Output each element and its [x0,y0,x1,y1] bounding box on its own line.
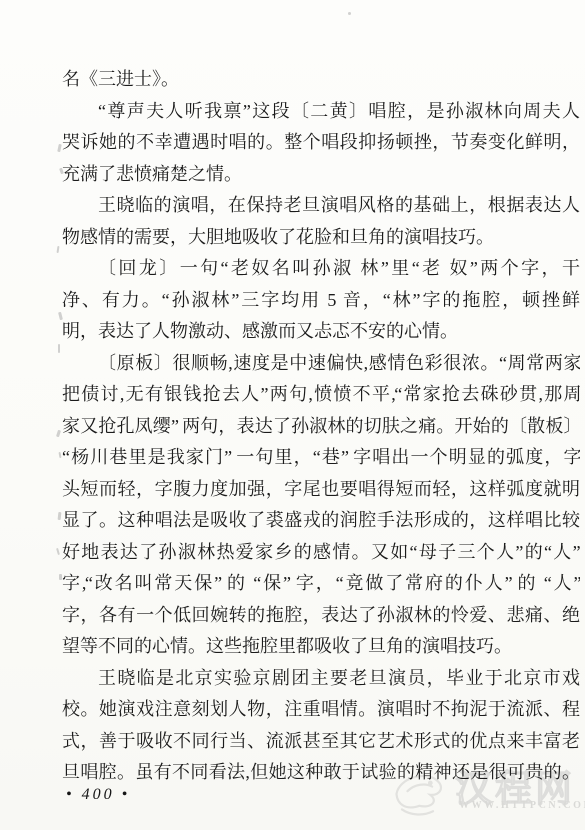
text-line: 式，善于吸收不同行当、流派甚至其它艺术形式的优点来丰富老 [62,726,580,758]
text-line: 显了。这种唱法是吸收了裘盛戎的润腔手法形成的，这样唱比较 [62,505,580,537]
body-text: 名《三进士》。 “尊声夫人听我禀”这段〔二黄〕唱腔，是孙淑林向周夫人 哭诉她的不… [62,64,580,789]
text-line: 物感情的需要，大胆地吸收了花脸和旦角的演唱技巧。 [62,222,580,254]
scan-artifact [56,430,61,438]
text-line: 名《三进士》。 [62,64,580,96]
scan-artifact [56,548,60,555]
text-line: 明，表达了人物激动、感激而又忐忑不安的心情。 [62,316,580,348]
scan-artifact [58,512,62,520]
text-line: 〔原板〕很顺畅,速度是中速偏快,感情色彩很浓。“周常两家 [62,348,580,380]
watermark-site-url: WWW.HTTPCN.COM [459,800,585,811]
text-line: 哭诉她的不幸遭遇时唱的。整个唱段抑扬顿挫，节奏变化鲜明， [62,127,580,159]
scanned-book-page: 汉程网 WWW.HTTPCN.COM 名《三进士》。 “尊声夫人听我禀”这段〔二… [0,0,585,830]
scan-artifact [59,574,62,580]
text-line: 充满了悲愤痛楚之情。 [62,159,580,191]
text-line: 头短而轻，字腹力度加强，字尾也要唱得短而轻，这样弧度就明 [62,474,580,506]
text-line: 王晓临的演唱，在保持老旦演唱风格的基础上，根据表达人 [62,190,580,222]
text-line: 净、有力。“孙淑林”三字均用 5 音，“林”字的拖腔，顿挫鲜 [62,285,580,317]
text-line: “尊声夫人听我禀”这段〔二黄〕唱腔，是孙淑林向周夫人 [62,96,580,128]
text-line: 字,“改名叫常天保” 的 “保” 字，“竟做了常府的仆人” 的 “人” [62,568,580,600]
text-line: 〔回龙〕一句“老奴名叫孙淑 林”里“老 奴”两个字，干 [62,253,580,285]
scan-artifact [348,12,351,15]
scan-artifact [57,246,60,253]
text-line: 好地表达了孙淑林热爱家乡的感情。又如“母子三个人”的“人” [62,537,580,569]
text-line: 把债讨,无有银钱抢去人”两句,愤愤不平,“常家抢去硃砂贯,那周 [62,379,580,411]
scan-artifact [58,344,60,353]
text-line: 望等不同的心情。这些拖腔里都吸收了旦角的演唱技巧。 [62,631,580,663]
text-line: 旦唱腔。虽有不同看法,但她这种敢于试验的精神还是很可贵的。 [62,757,580,789]
text-line: “杨川巷里是我家门” 一句里，“巷” 字唱出一个明显的弧度，字 [62,442,580,474]
text-line: 校。她演戏注意刻划人物，注重唱情。演唱时不拘泥于流派、程 [62,694,580,726]
text-line: 王晓临是北京实验京剧团主要老旦演员，毕业于北京市戏 [62,663,580,695]
text-line: 家又抢孔凤缨” 两句，表达了孙淑林的切肤之痛。开始的〔散板〕 [62,411,580,443]
page-number: • 400 • [66,786,130,804]
text-line: 字，各有一个低回婉转的拖腔，表达了孙淑林的怜爱、悲痛、绝 [62,600,580,632]
